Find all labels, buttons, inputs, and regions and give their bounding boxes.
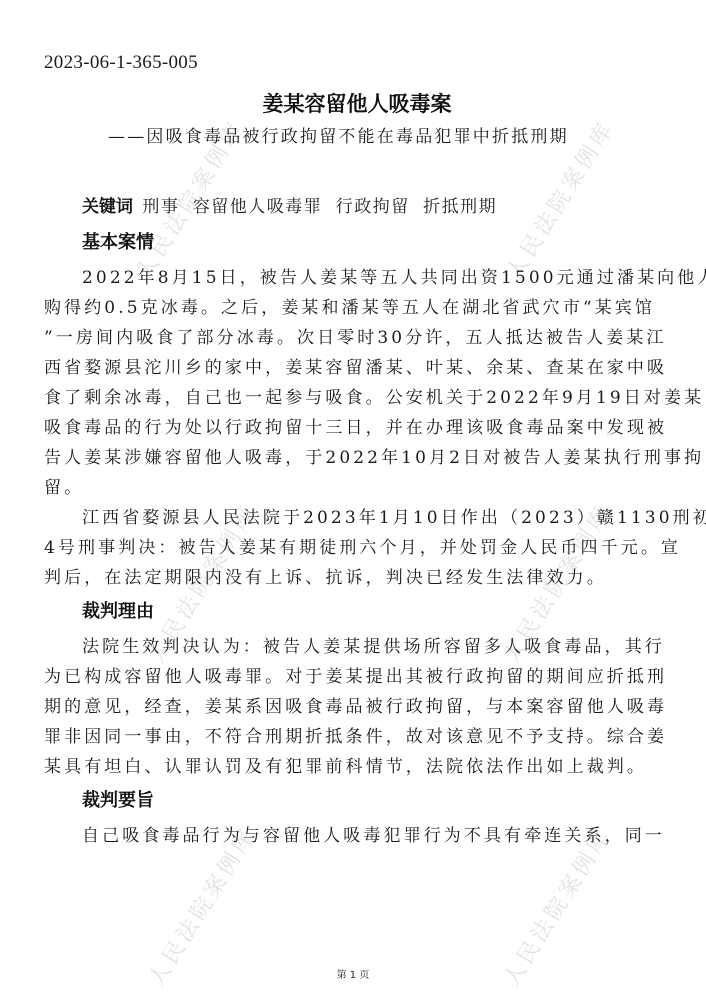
paragraph-line: 西省婺源县沱川乡的家中，姜某容留潘某、叶某、余某、查某在家中吸 [44,353,667,378]
paragraph-line: 食了剩余冰毒，自己也一起参与吸食。公安机关于2022年9月19日对姜某 [44,383,704,408]
keyword: 刑事 [142,197,179,217]
paragraph-line: 自己吸食毒品行为与容留他人吸毒犯罪行为不具有牵连关系，同一 [82,821,665,846]
keywords: 关键词 刑事 容留他人吸毒罪 行政拘留 折抵刑期 [82,192,505,217]
paragraph-line: 为已构成容留他人吸毒罪。对于姜某提出其被行政拘留的期间应折抵刑 [44,662,667,687]
paragraph-line: 判后，在法定期限内没有上诉、抗诉，判决已经发生法律效力。 [44,563,607,588]
paragraph-line: 期的意见，经查，姜某系因吸食毒品被行政拘留，与本案容留他人吸毒 [44,692,667,717]
paragraph-line: 法院生效判决认为：被告人姜某提供场所容留多人吸食毒品，其行 [82,632,665,657]
section-heading-gist: 裁判要旨 [82,786,154,812]
paragraph-line: 江西省婺源县人民法院于2023年1月10日作出（2023）赣1130刑初 [82,503,706,528]
paragraph-line: 罪非因同一事由，不符合刑期折抵条件，故对该意见不予支持。综合姜 [44,722,667,747]
keyword: 行政拘留 [336,197,410,217]
case-number: 2023-06-1-365-005 [44,52,198,74]
paragraph-line: 2022年8月15日，被告人姜某等五人共同出资1500元通过潘某向他人 [82,263,706,288]
paragraph-line: 4号刑事判决：被告人姜某有期徒刑六个月，并处罚金人民币四千元。宣 [44,533,681,558]
document-title: 姜某容留他人吸毒案 [0,88,706,118]
keyword: 折抵刑期 [423,197,497,217]
keywords-label: 关键词 [82,197,133,217]
paragraph-line: 购得约0.5克冰毒。之后，姜某和潘某等五人在湖北省武穴市“某宾馆 [44,293,655,318]
section-heading-reasoning: 裁判理由 [82,597,154,623]
section-heading-basic-facts: 基本案情 [82,228,154,254]
paragraph-line: 吸食毒品的行为处以行政拘留十三日，并在办理该吸食毒品案中发现被 [44,413,667,438]
paragraph-line: 某具有坦白、认罪认罚及有犯罪前科情节，法院依法作出如上裁判。 [44,752,647,777]
document-page: 人民法院案例库 人民法院案例库 人民法院案例库 人民法院案例库 人民法院案例库 … [0,0,706,999]
page-number: 第 1 页 [0,966,706,981]
paragraph-line: ”一房间内吸食了部分冰毒。次日零时30分许，五人抵达被告人姜某江 [44,323,667,348]
paragraph-line: 告人姜某涉嫌容留他人吸毒，于2022年10月2日对被告人姜某执行刑事拘 [44,443,704,468]
document-subtitle: ——因吸食毒品被行政拘留不能在毒品犯罪中折抵刑期 [108,122,569,147]
keyword: 容留他人吸毒罪 [193,197,323,217]
paragraph-line: 留。 [44,473,84,498]
